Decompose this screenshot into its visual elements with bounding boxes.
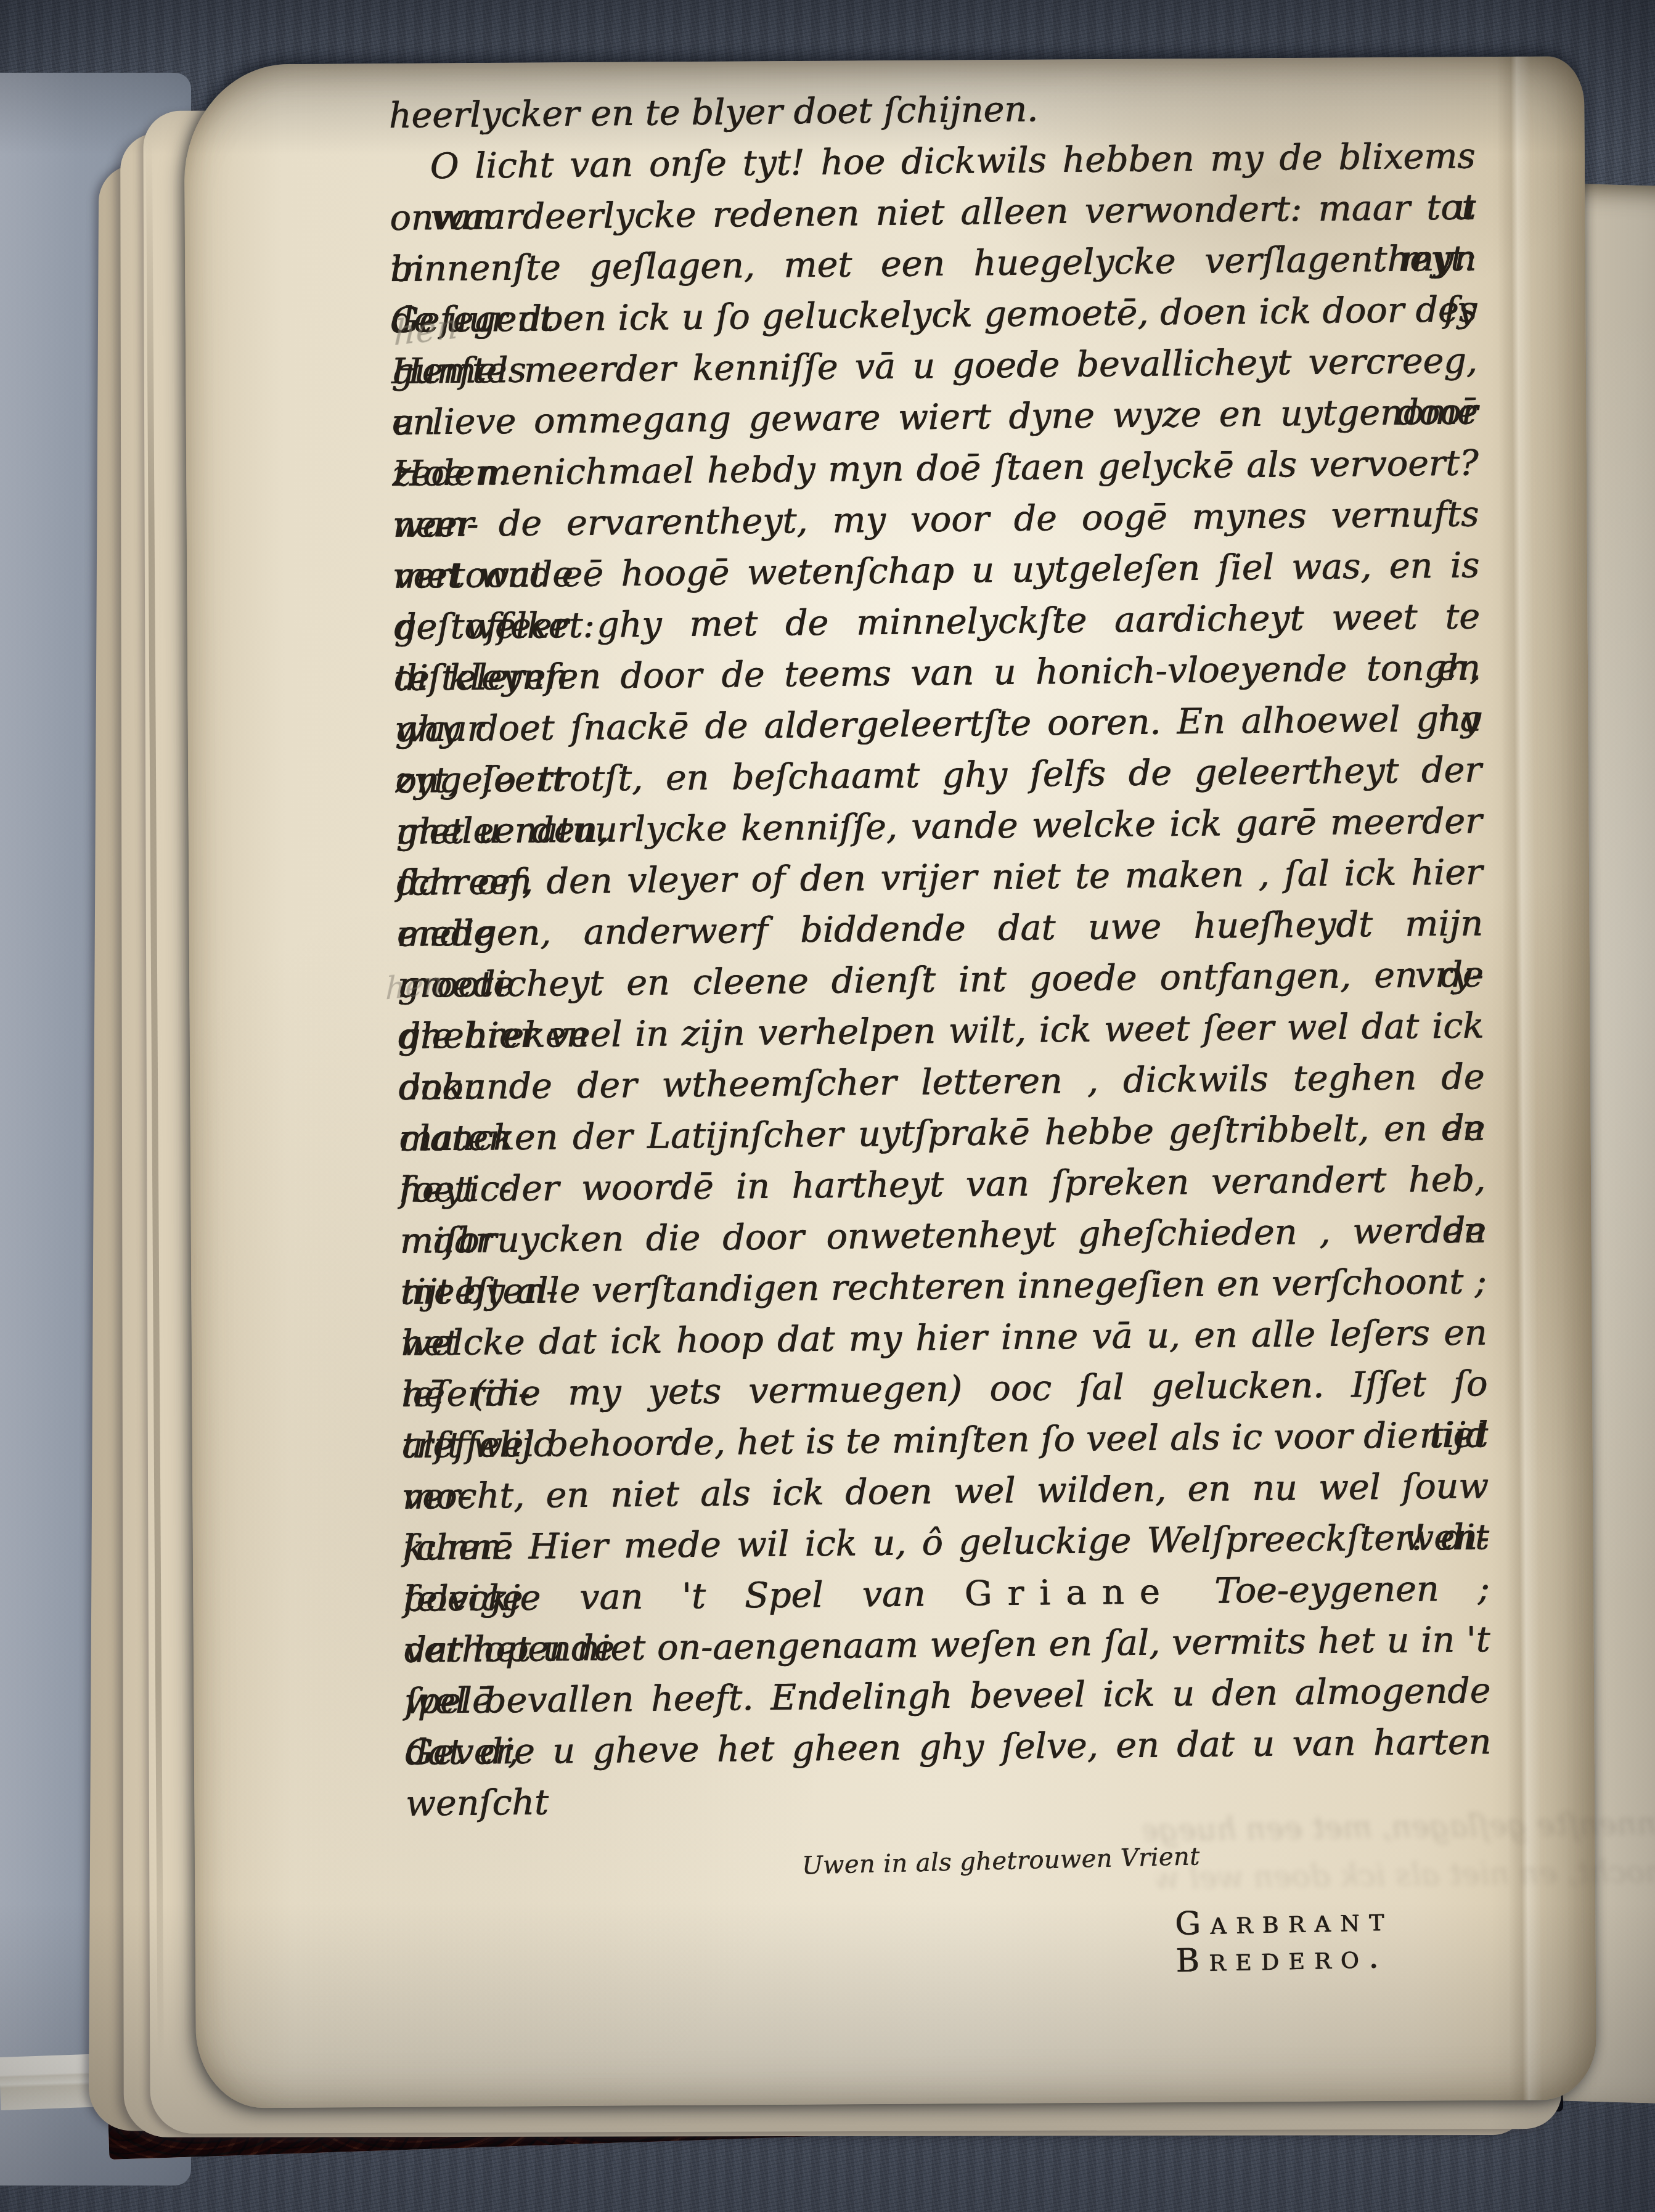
printed-text-block: heerlycker en te blyer doet ſchijnen. O … xyxy=(388,80,1491,1778)
pencil-annotation: hen xyxy=(393,306,459,353)
book-photo: hen hen binnenſte geſlagen, met een hueg… xyxy=(0,0,1655,2212)
closing-salutation: Uwen in als ghetrouwen Vrient xyxy=(801,1842,1200,1880)
author-signature: Garbrant Bredero. xyxy=(1174,1897,1596,1980)
text-line: dat die u gheve het gheen ghy ſelve, en … xyxy=(405,1716,1492,1779)
ink-show-through: mocht, en niet als ick doen wel wilden, … xyxy=(1156,1853,1655,1896)
play-title-griane: Griane xyxy=(964,1572,1175,1614)
ink-show-through: binnenſte geſlagen, met een huegelycke v… xyxy=(1143,1805,1655,1848)
book-page: hen hen binnenſte geſlagen, met een hueg… xyxy=(184,56,1596,2108)
gutter-crease xyxy=(1497,57,1542,2100)
pencil-annotation: hen xyxy=(385,965,444,1007)
text-segment: boeckje van 't Spel van xyxy=(403,1573,965,1620)
